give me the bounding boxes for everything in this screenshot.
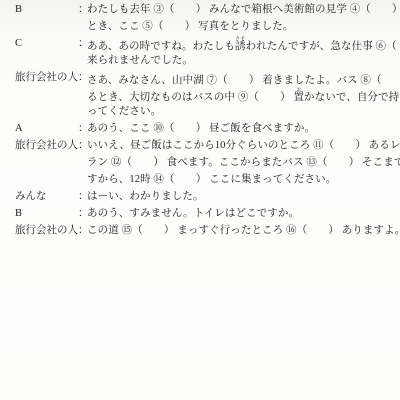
dialogue-line: ： ってください。 bbox=[15, 104, 396, 121]
dialogue-line: C ： ああ、あの時ですね。わたしも誘さそわれたんですが、急な仕事 ⑥（ ） bbox=[15, 36, 396, 53]
dialogue-text: あのう、すみません。トイレはどこですか。 bbox=[87, 206, 299, 221]
speaker-colon: ： bbox=[78, 121, 87, 136]
speaker-label: みんな bbox=[15, 189, 78, 204]
speaker-colon: ： bbox=[78, 2, 87, 17]
dialogue-list: B ： わたしも去年 ③（ ） みんなで箱根へ美術館の見学 ④（ ） 行った ：… bbox=[0, 0, 400, 240]
dialogue-line: ： るとき、大切なものはバスの中 ⑨（ ） 置おかないで、自分で持ってい bbox=[15, 87, 396, 104]
dialogue-line: B ： あのう、すみません。トイレはどこですか。 bbox=[15, 206, 396, 223]
speaker-colon: ： bbox=[78, 206, 87, 221]
dialogue-line: 旅行会社の人 ： この道 ⑮（ ） まっすぐ行ったところ ⑯（ ） ありますよ。 bbox=[15, 223, 396, 240]
dialogue-text: とき、ここ ⑤（ ） 写真をとりました。 bbox=[87, 19, 293, 34]
dialogue-line: A ： あのう、ここ ⑩（ ） 昼ご飯を食べますか。 bbox=[15, 121, 396, 138]
speaker-label: 旅行会社の人 bbox=[15, 223, 78, 238]
speaker-label: 旅行会社の人 bbox=[15, 70, 78, 85]
speaker-label: B bbox=[15, 206, 78, 221]
dialogue-line: 旅行会社の人 ： さあ、みなさん、山中湖 ⑦（ ） 着きましたよ。バス ⑧（ ）… bbox=[15, 70, 396, 87]
dialogue-text: すから、12時 ⑭（ ） ここに集まってください。 bbox=[87, 172, 336, 187]
speaker-colon: ： bbox=[78, 223, 87, 238]
dialogue-text: この道 ⑮（ ） まっすぐ行ったところ ⑯（ ） ありますよ。 bbox=[87, 223, 400, 238]
dialogue-line: ： とき、ここ ⑤（ ） 写真をとりました。 bbox=[15, 19, 396, 36]
speaker-colon: ： bbox=[78, 36, 87, 51]
dialogue-text: わたしも去年 ③（ ） みんなで箱根へ美術館の見学 ④（ ） 行った bbox=[87, 2, 400, 17]
dialogue-line: ： 来られませんでした。 bbox=[15, 53, 396, 70]
speaker-colon: ： bbox=[78, 189, 87, 204]
speaker-label: C bbox=[15, 36, 78, 51]
dialogue-text: はーい、わかりました。 bbox=[87, 189, 204, 204]
dialogue-text: あのう、ここ ⑩（ ） 昼ご飯を食べますか。 bbox=[87, 121, 315, 136]
dialogue-text: ってください。 bbox=[87, 104, 161, 119]
speaker-label: B bbox=[15, 2, 78, 17]
dialogue-line: みんな ： はーい、わかりました。 bbox=[15, 189, 396, 206]
blank-paper-area bbox=[0, 245, 400, 400]
dialogue-line: ： すから、12時 ⑭（ ） ここに集まってください。 bbox=[15, 172, 396, 189]
dialogue-text: ラン ⑫（ ） 食べます。ここからまたバス ⑬（ ） そこまで行きま bbox=[87, 155, 400, 170]
speaker-colon: ： bbox=[78, 70, 87, 85]
speaker-label: A bbox=[15, 121, 78, 136]
dialogue-text: さあ、みなさん、山中湖 ⑦（ ） 着きましたよ。バス ⑧（ ） 降おり bbox=[87, 70, 400, 88]
dialogue-line: 旅行会社の人 ： いいえ、昼ご飯はここから10分ぐらいのところ ⑪（ ） あるレ… bbox=[15, 138, 396, 155]
dialogue-text: るとき、大切なものはバスの中 ⑨（ ） 置おかないで、自分で持ってい bbox=[87, 87, 400, 105]
speaker-colon: ： bbox=[78, 138, 87, 153]
dialogue-text: ああ、あの時ですね。わたしも誘さそわれたんですが、急な仕事 ⑥（ ） bbox=[87, 36, 400, 54]
dialogue-line: B ： わたしも去年 ③（ ） みんなで箱根へ美術館の見学 ④（ ） 行った bbox=[15, 2, 396, 19]
document-page: B ： わたしも去年 ③（ ） みんなで箱根へ美術館の見学 ④（ ） 行った ：… bbox=[0, 0, 400, 400]
dialogue-text: いいえ、昼ご飯はここから10分ぐらいのところ ⑪（ ） あるレスト bbox=[87, 138, 400, 153]
speaker-label: 旅行会社の人 bbox=[15, 138, 78, 153]
dialogue-line: ： ラン ⑫（ ） 食べます。ここからまたバス ⑬（ ） そこまで行きま bbox=[15, 155, 396, 172]
dialogue-text: 来られませんでした。 bbox=[87, 53, 193, 68]
